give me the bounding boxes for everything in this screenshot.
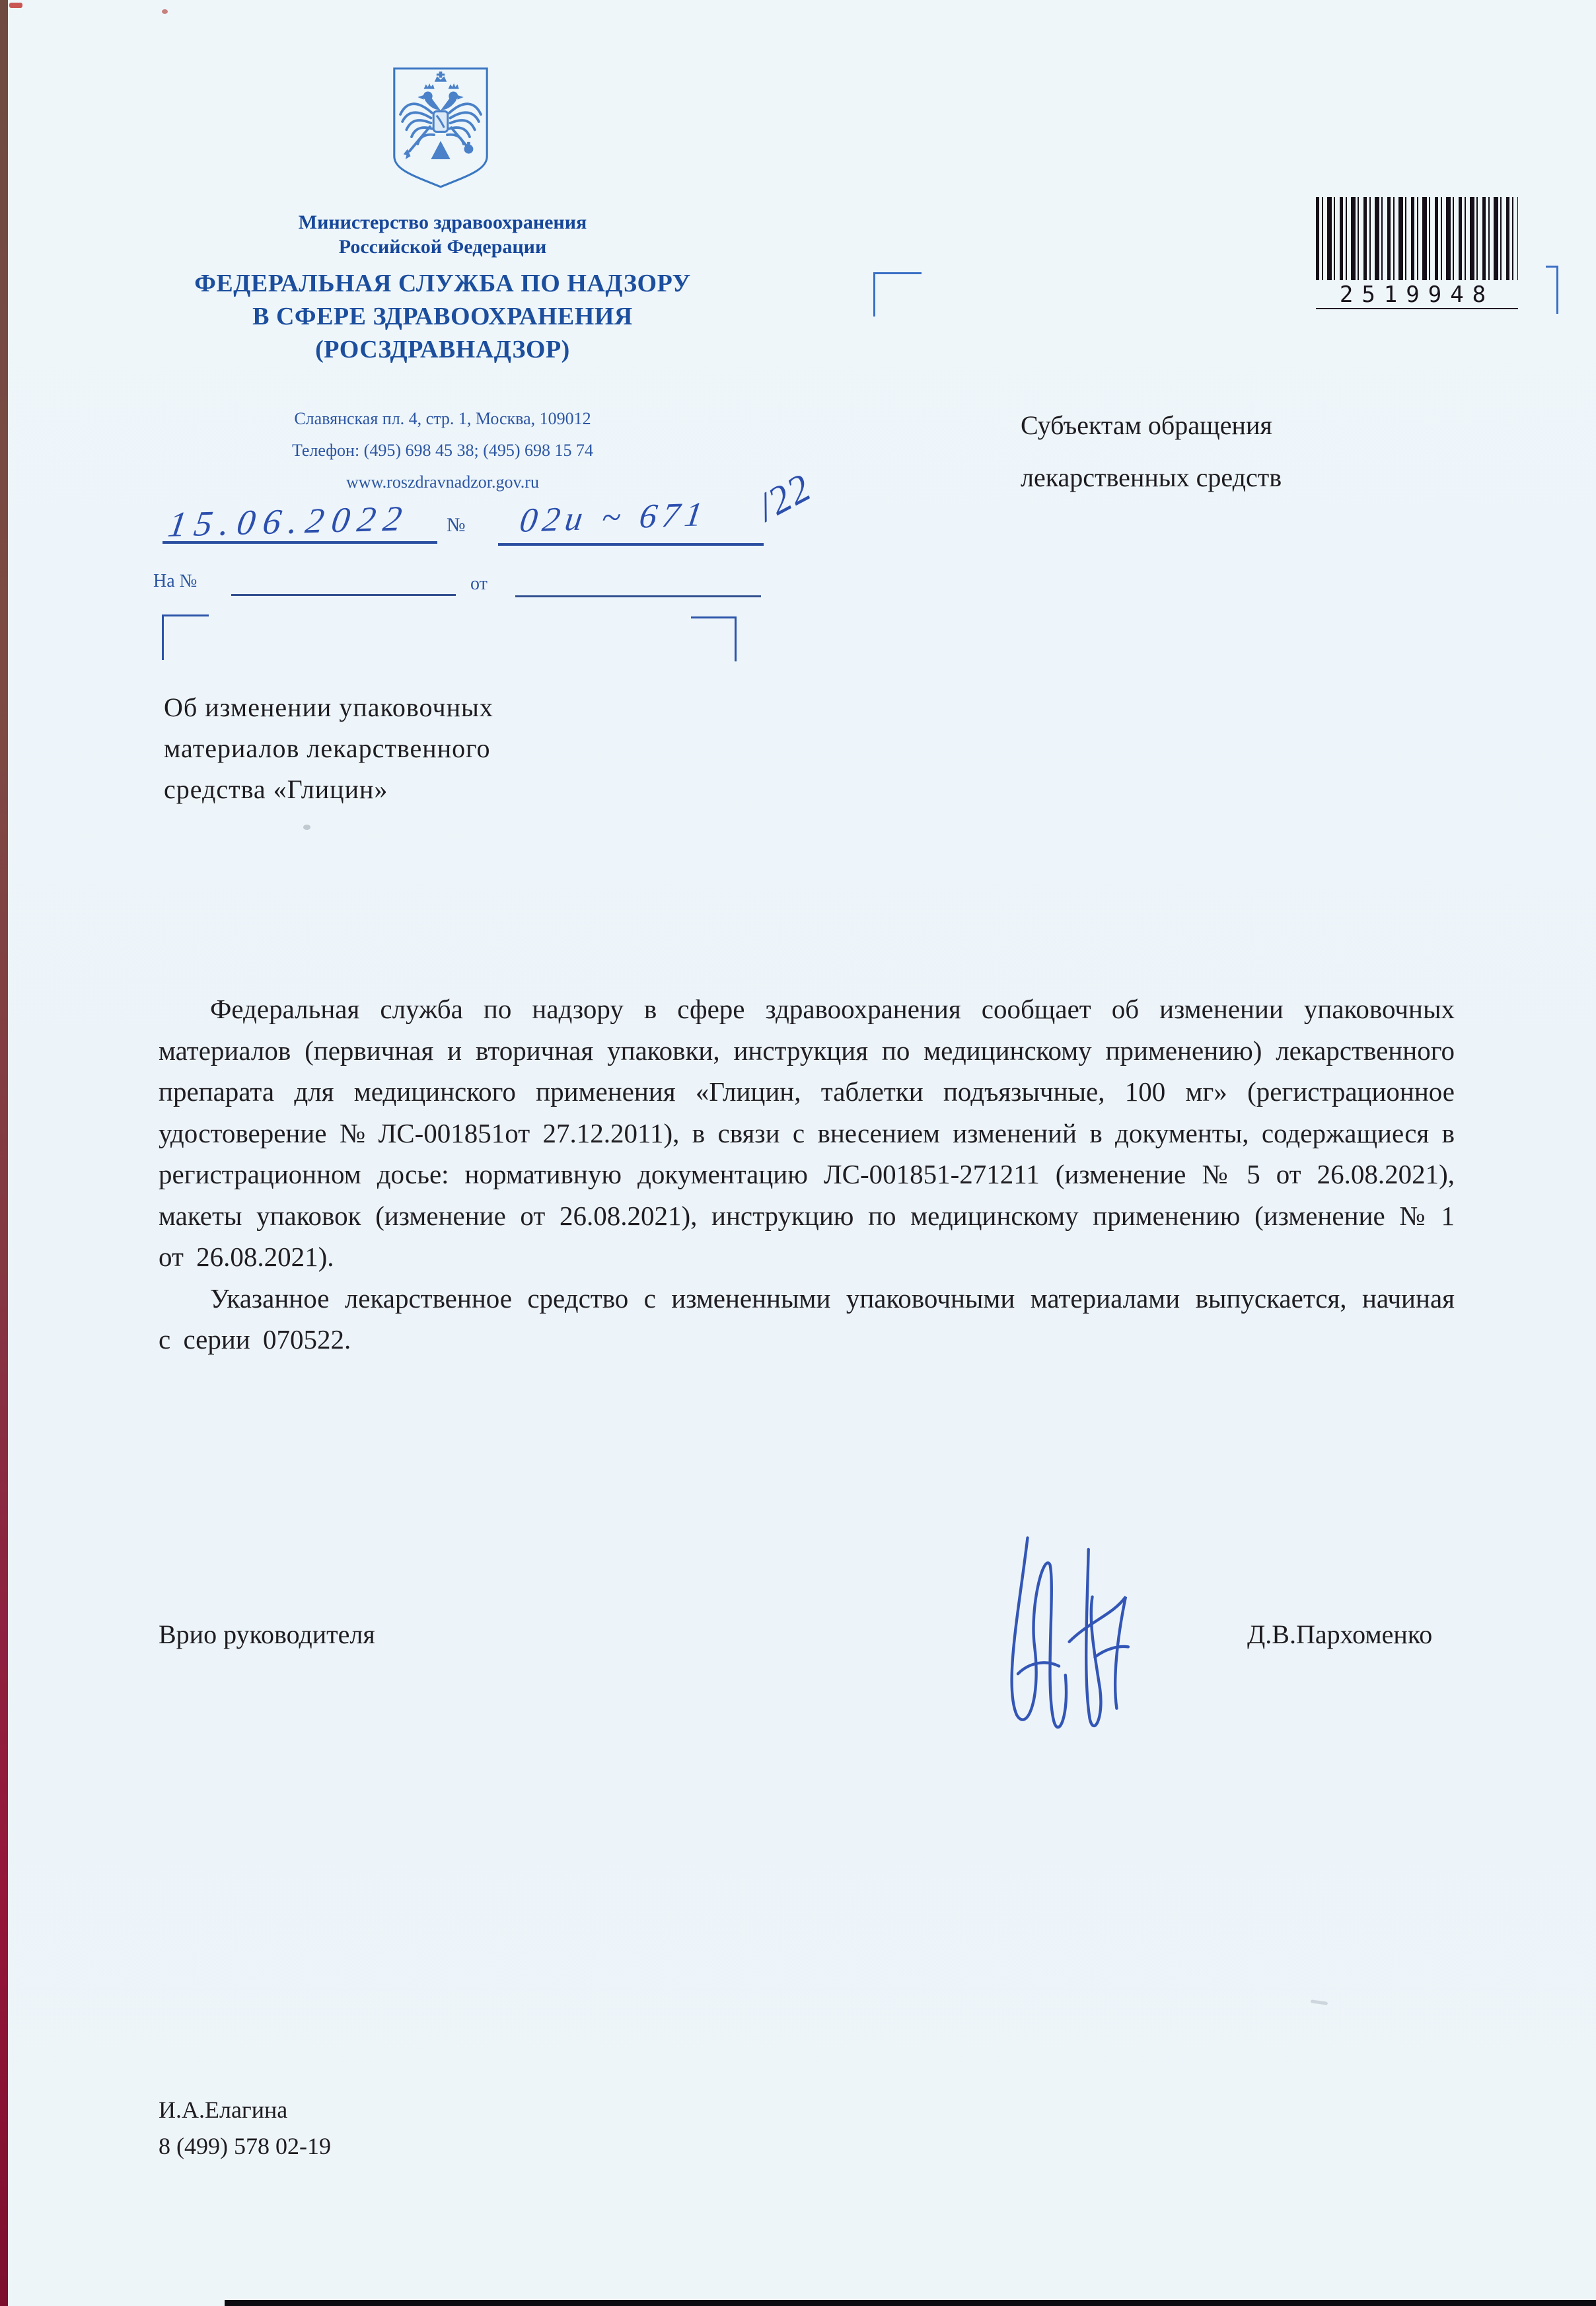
ministry-line1: Министерство здравоохранения: [178, 210, 707, 235]
agency-address: Славянская пл. 4, стр. 1, Москва, 109012: [178, 403, 707, 435]
recipient-line2: лекарственных средств: [1021, 451, 1282, 503]
reply-to-label: На №: [153, 571, 197, 592]
agency-line1: ФЕДЕРАЛЬНАЯ СЛУЖБА ПО НАДЗОРУ: [159, 267, 727, 300]
coat-of-arms-icon: [387, 62, 494, 194]
scan-edge-bottom-bar: [225, 2300, 1596, 2306]
subject-line1: Об изменении упаковочных: [164, 687, 493, 728]
subject-zone-corner-left-icon: [162, 614, 209, 660]
subject-line3: средства «Глицин»: [164, 769, 493, 810]
recipient-block: Субъектам обращения лекарственных средст…: [1021, 399, 1282, 503]
recipient-zone-corner-right-icon: [1546, 266, 1558, 314]
signer-name: Д.В.Пархоменко: [1247, 1619, 1432, 1650]
barcode-baseline: [1316, 308, 1518, 309]
barcode-number: 2519948: [1316, 281, 1518, 308]
scan-speck: [303, 825, 310, 830]
subject-line2: материалов лекарственного: [164, 728, 493, 769]
handwritten-number: 02и ~ 671: [517, 495, 710, 540]
agency-website: www.roszdravnadzor.gov.ru: [178, 466, 707, 498]
number-sign: №: [447, 514, 466, 537]
ministry-name: Министерство здравоохранения Российской …: [178, 210, 707, 259]
subject-block: Об изменении упаковочных материалов лека…: [164, 687, 493, 810]
executor-phone: 8 (499) 578 02-19: [159, 2128, 331, 2165]
body-paragraph-2: Указанное лекарственное средство с измен…: [159, 1278, 1455, 1360]
reply-date-underline: [515, 595, 761, 597]
scan-speck: [162, 9, 168, 14]
agency-line2: В СФЕРЕ ЗДРАВООХРАНЕНИЯ: [159, 300, 727, 333]
subject-zone-corner-right-icon: [691, 616, 737, 661]
agency-line3: (РОСЗДРАВНАДЗОР): [159, 333, 727, 366]
recipient-line1: Субъектам обращения: [1021, 399, 1282, 451]
recipient-zone-corner-left-icon: [873, 272, 922, 316]
agency-name: ФЕДЕРАЛЬНАЯ СЛУЖБА ПО НАДЗОРУ В СФЕРЕ ЗД…: [159, 267, 727, 366]
executor-block: И.А.Елагина 8 (499) 578 02-19: [159, 2092, 331, 2165]
reply-number-underline: [231, 594, 456, 596]
scan-speck: [1311, 1999, 1328, 2005]
agency-phone: Телефон: (495) 698 45 38; (495) 698 15 7…: [178, 435, 707, 466]
scan-speck: [9, 3, 22, 8]
executor-name: И.А.Елагина: [159, 2092, 331, 2128]
signer-title: Врио руководителя: [159, 1619, 375, 1650]
number-underline: [498, 543, 764, 546]
letter-body: Федеральная служба по надзору в сфере зд…: [159, 988, 1455, 1360]
scan-edge-left-strip: [0, 0, 8, 2306]
ministry-line2: Российской Федерации: [178, 235, 707, 259]
reply-from-label: от: [470, 574, 488, 595]
body-paragraph-1: Федеральная служба по надзору в сфере зд…: [159, 988, 1455, 1278]
agency-contacts: Славянская пл. 4, стр. 1, Москва, 109012…: [178, 403, 707, 498]
signature-icon: [990, 1525, 1175, 1743]
scanned-letter-page: { "page": { "background_color": "#eef6fa…: [0, 0, 1596, 2306]
barcode-icon: [1316, 197, 1518, 280]
handwritten-number-suffix: /22: [750, 465, 819, 531]
handwritten-date: 15.06.2022: [166, 498, 413, 544]
